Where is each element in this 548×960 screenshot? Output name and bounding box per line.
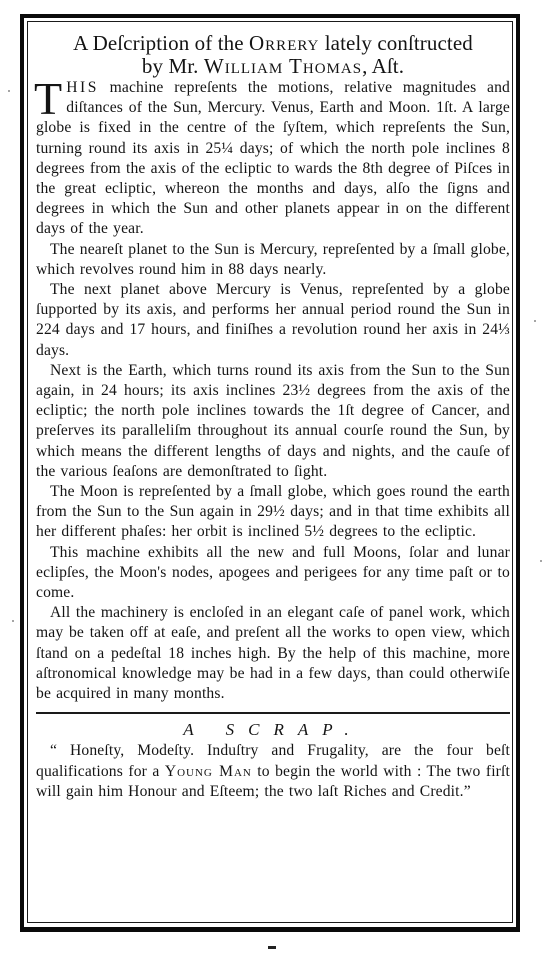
scrap-title: A SCRAP. <box>36 720 510 740</box>
article-paragraph-eclipses: This machine exhibits all the new and fu… <box>36 543 510 604</box>
section-divider <box>36 712 510 714</box>
headline-line1-post: lately conſtructed <box>319 31 473 55</box>
scrap-quote: “ Honeſty, Modeſty. Induſtry and Frugali… <box>36 741 510 802</box>
lead-caps: HIS <box>66 79 99 96</box>
scan-speck <box>12 620 14 622</box>
headline-line1-pre: A Deſcription of the <box>73 31 249 55</box>
scan-speck <box>534 320 536 322</box>
headline-author: William Thomas <box>204 54 362 78</box>
clipping-border: A Deſcription of the Orrery lately conſt… <box>20 14 520 932</box>
clipping-content: A Deſcription of the Orrery lately conſt… <box>36 32 510 802</box>
headline-orrery: Orrery <box>249 31 319 55</box>
paragraph-text: machine repreſents the motions, relative… <box>36 79 510 237</box>
drop-cap: T <box>34 80 62 118</box>
article-paragraph-moon: The Moon is repreſented by a ſmall globe… <box>36 482 510 543</box>
article-paragraph-venus: The next planet above Mercury is Venus, … <box>36 280 510 361</box>
page-mark <box>268 946 276 949</box>
scan-speck <box>8 90 10 92</box>
headline-line2-post: , Aſt. <box>362 54 404 78</box>
article-headline: A Deſcription of the Orrery lately conſt… <box>36 32 510 78</box>
article-paragraph-earth: Next is the Earth, which turns round its… <box>36 361 510 482</box>
article-paragraph-1: THIS machine repreſents the motions, rel… <box>36 78 510 240</box>
scan-speck <box>540 560 542 562</box>
headline-line2-pre: by Mr. <box>142 54 204 78</box>
scrap-young-man: Young Man <box>165 763 252 780</box>
article-paragraph-mercury: The neareſt planet to the Sun is Mercury… <box>36 240 510 280</box>
article-paragraph-machinery: All the machinery is encloſed in an eleg… <box>36 603 510 704</box>
